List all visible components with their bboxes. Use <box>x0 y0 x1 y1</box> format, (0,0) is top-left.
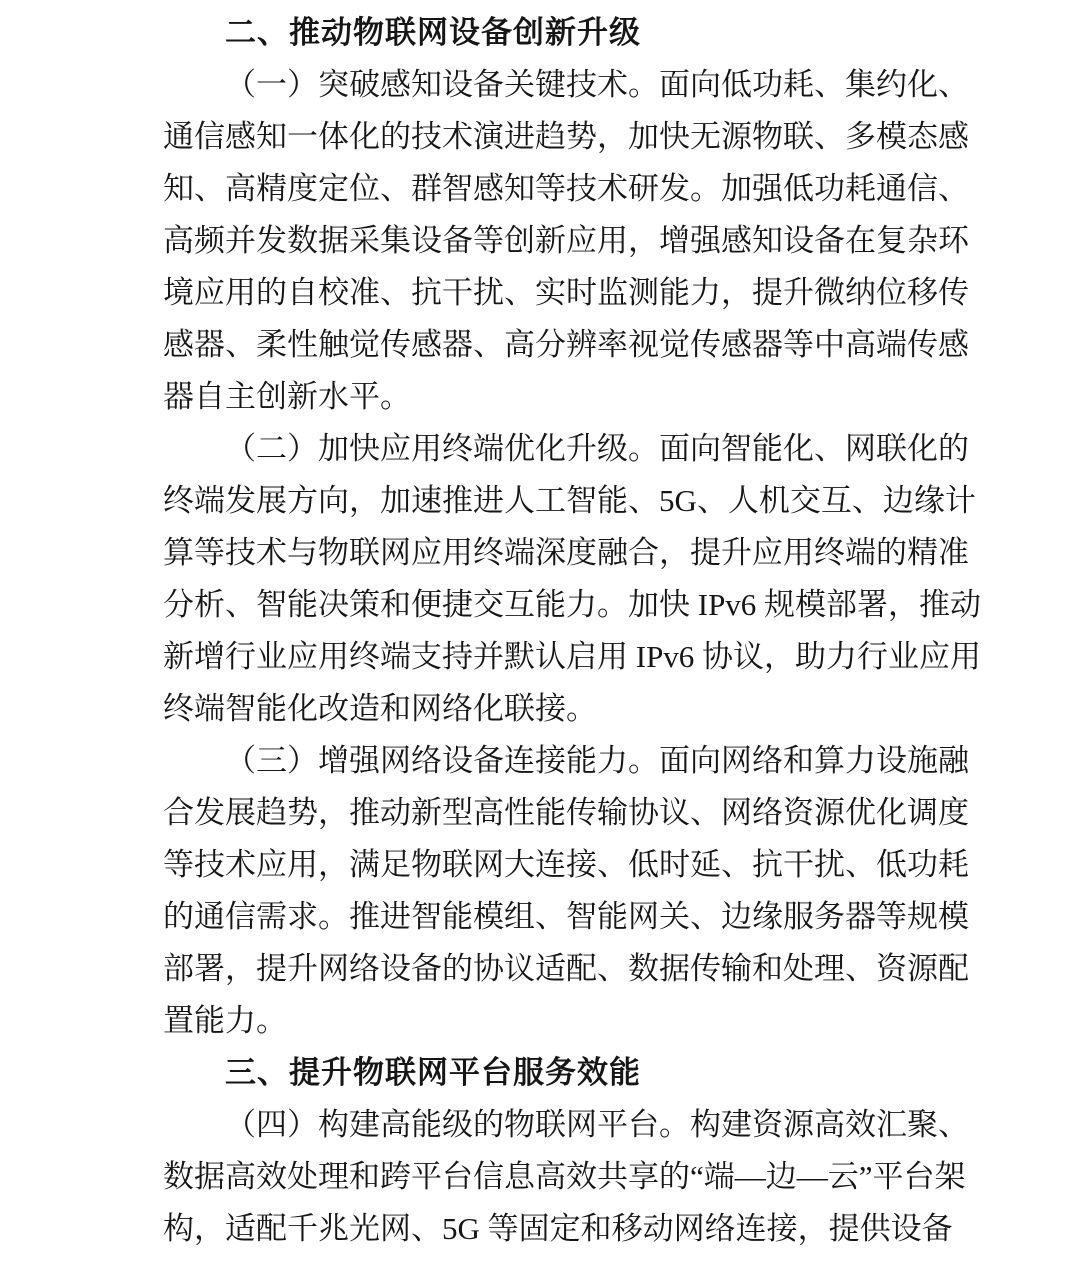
document-page: 二、推动物联网设备创新升级 （一）突破感知设备关键技术。面向低功耗、集约化、 通… <box>0 0 1080 1270</box>
paragraph-1-line: 器自主创新水平。 <box>163 371 916 423</box>
paragraph-3-line: 合发展趋势，推动新型高性能传输协议、网络资源优化调度 <box>163 787 916 839</box>
paragraph-1-line: 高频并发数据采集设备等创新应用，增强感知设备在复杂环 <box>163 215 916 267</box>
paragraph-1-line: （一）突破感知设备关键技术。面向低功耗、集约化、 <box>163 59 916 111</box>
paragraph-1-line: 通信感知一体化的技术演进趋势，加快无源物联、多模态感 <box>163 111 916 163</box>
paragraph-2-line: 终端发展方向，加速推进人工智能、5G、人机交互、边缘计 <box>163 475 916 527</box>
section-heading-2: 二、推动物联网设备创新升级 <box>163 7 916 59</box>
document-body: 二、推动物联网设备创新升级 （一）突破感知设备关键技术。面向低功耗、集约化、 通… <box>163 7 916 1255</box>
paragraph-1-line: 境应用的自校准、抗干扰、实时监测能力，提升微纳位移传 <box>163 267 916 319</box>
paragraph-4-line: （四）构建高能级的物联网平台。构建资源高效汇聚、 <box>163 1099 916 1151</box>
paragraph-2-line: 算等技术与物联网应用终端深度融合，提升应用终端的精准 <box>163 527 916 579</box>
paragraph-1-line: 感器、柔性触觉传感器、高分辨率视觉传感器等中高端传感 <box>163 319 916 371</box>
paragraph-4-line: 数据高效处理和跨平台信息高效共享的“端—边—云”平台架 <box>163 1151 916 1203</box>
paragraph-3-line: 的通信需求。推进智能模组、智能网关、边缘服务器等规模 <box>163 891 916 943</box>
paragraph-2-line: 新增行业应用终端支持并默认启用 IPv6 协议，助力行业应用 <box>163 631 916 683</box>
paragraph-2-line: 分析、智能决策和便捷交互能力。加快 IPv6 规模部署，推动 <box>163 579 916 631</box>
paragraph-4-line: 构，适配千兆光网、5G 等固定和移动网络连接，提供设备 <box>163 1203 916 1255</box>
paragraph-3-line: 置能力。 <box>163 995 916 1047</box>
paragraph-3-line: 等技术应用，满足物联网大连接、低时延、抗干扰、低功耗 <box>163 839 916 891</box>
paragraph-2-line: 终端智能化改造和网络化联接。 <box>163 683 916 735</box>
section-heading-3: 三、提升物联网平台服务效能 <box>163 1047 916 1099</box>
paragraph-3-line: 部署，提升网络设备的协议适配、数据传输和处理、资源配 <box>163 943 916 995</box>
paragraph-2-line: （二）加快应用终端优化升级。面向智能化、网联化的 <box>163 423 916 475</box>
paragraph-1-line: 知、高精度定位、群智感知等技术研发。加强低功耗通信、 <box>163 163 916 215</box>
paragraph-3-line: （三）增强网络设备连接能力。面向网络和算力设施融 <box>163 735 916 787</box>
